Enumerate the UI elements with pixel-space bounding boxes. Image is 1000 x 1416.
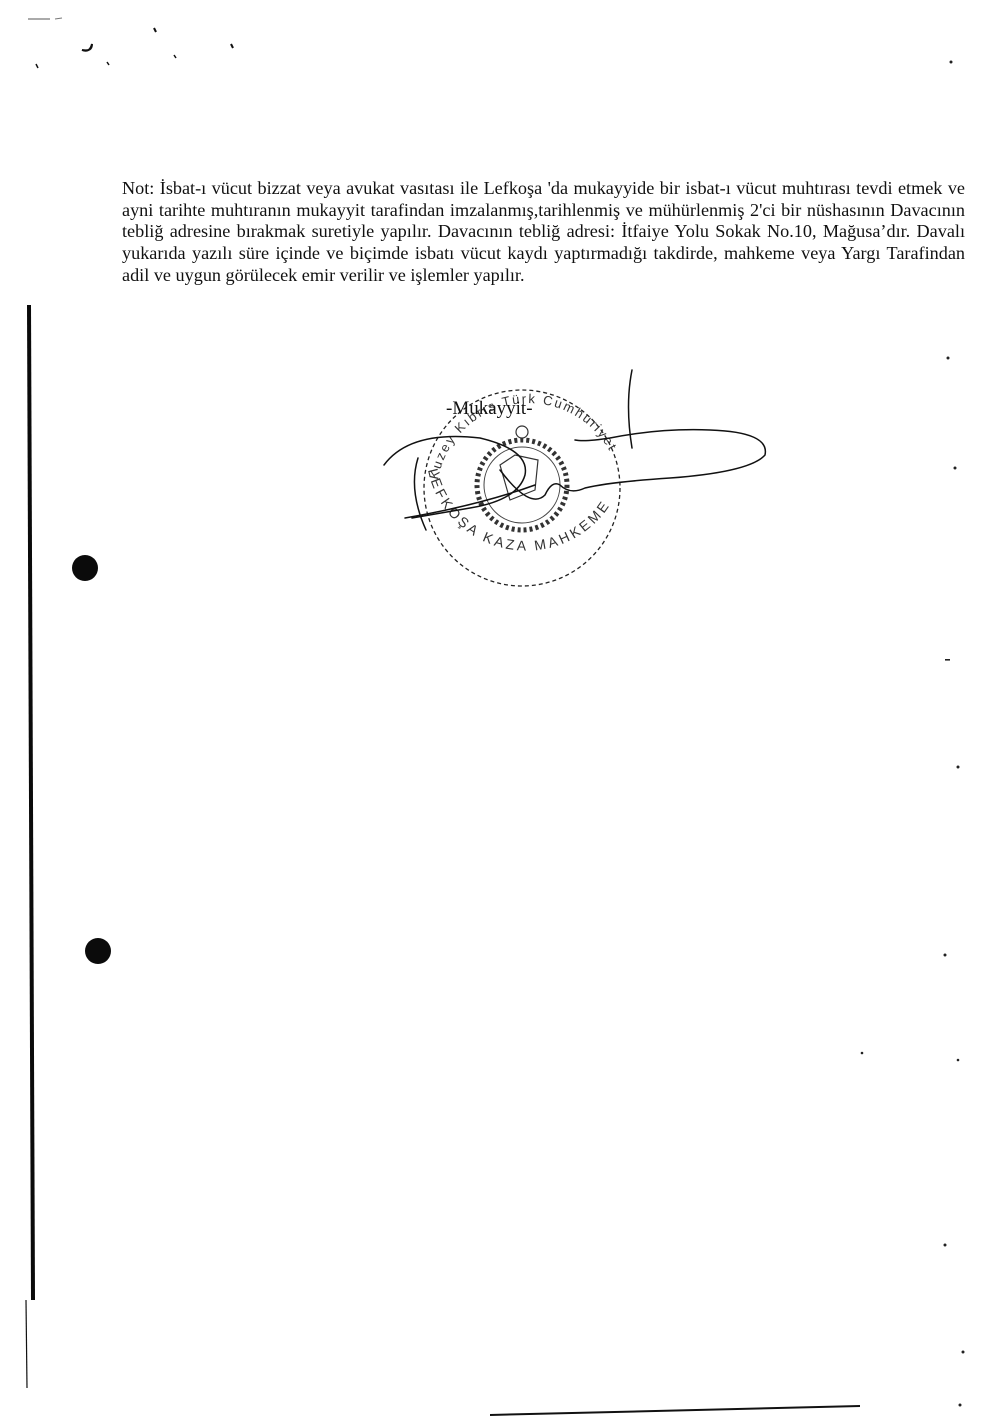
stamp-bottom-text: LEFKOŞA KAZA MAHKEMESİ xyxy=(370,360,613,554)
svg-text:Kuzey Kıbrıs Türk Cumhuriyeti: Kuzey Kıbrıs Türk Cumhuriyeti xyxy=(370,360,621,481)
signature-title: -Mukayyit- xyxy=(446,398,533,420)
punch-hole xyxy=(85,938,111,964)
court-seal-icon: Kuzey Kıbrıs Türk Cumhuriyeti LEFKOŞA KA… xyxy=(370,360,790,590)
stamp-top-text: Kuzey Kıbrıs Türk Cumhuriyeti xyxy=(370,360,621,481)
punch-hole xyxy=(72,555,98,581)
note-paragraph: Not: İsbat-ı vücut bizzat veya avukat va… xyxy=(122,178,965,286)
document-page: Not: İsbat-ı vücut bizzat veya avukat va… xyxy=(0,0,1000,1416)
signature-stamp-block: Kuzey Kıbrıs Türk Cumhuriyeti LEFKOŞA KA… xyxy=(370,360,790,590)
svg-text:LEFKOŞA KAZA MAHKEMESİ: LEFKOŞA KAZA MAHKEMESİ xyxy=(370,360,613,554)
